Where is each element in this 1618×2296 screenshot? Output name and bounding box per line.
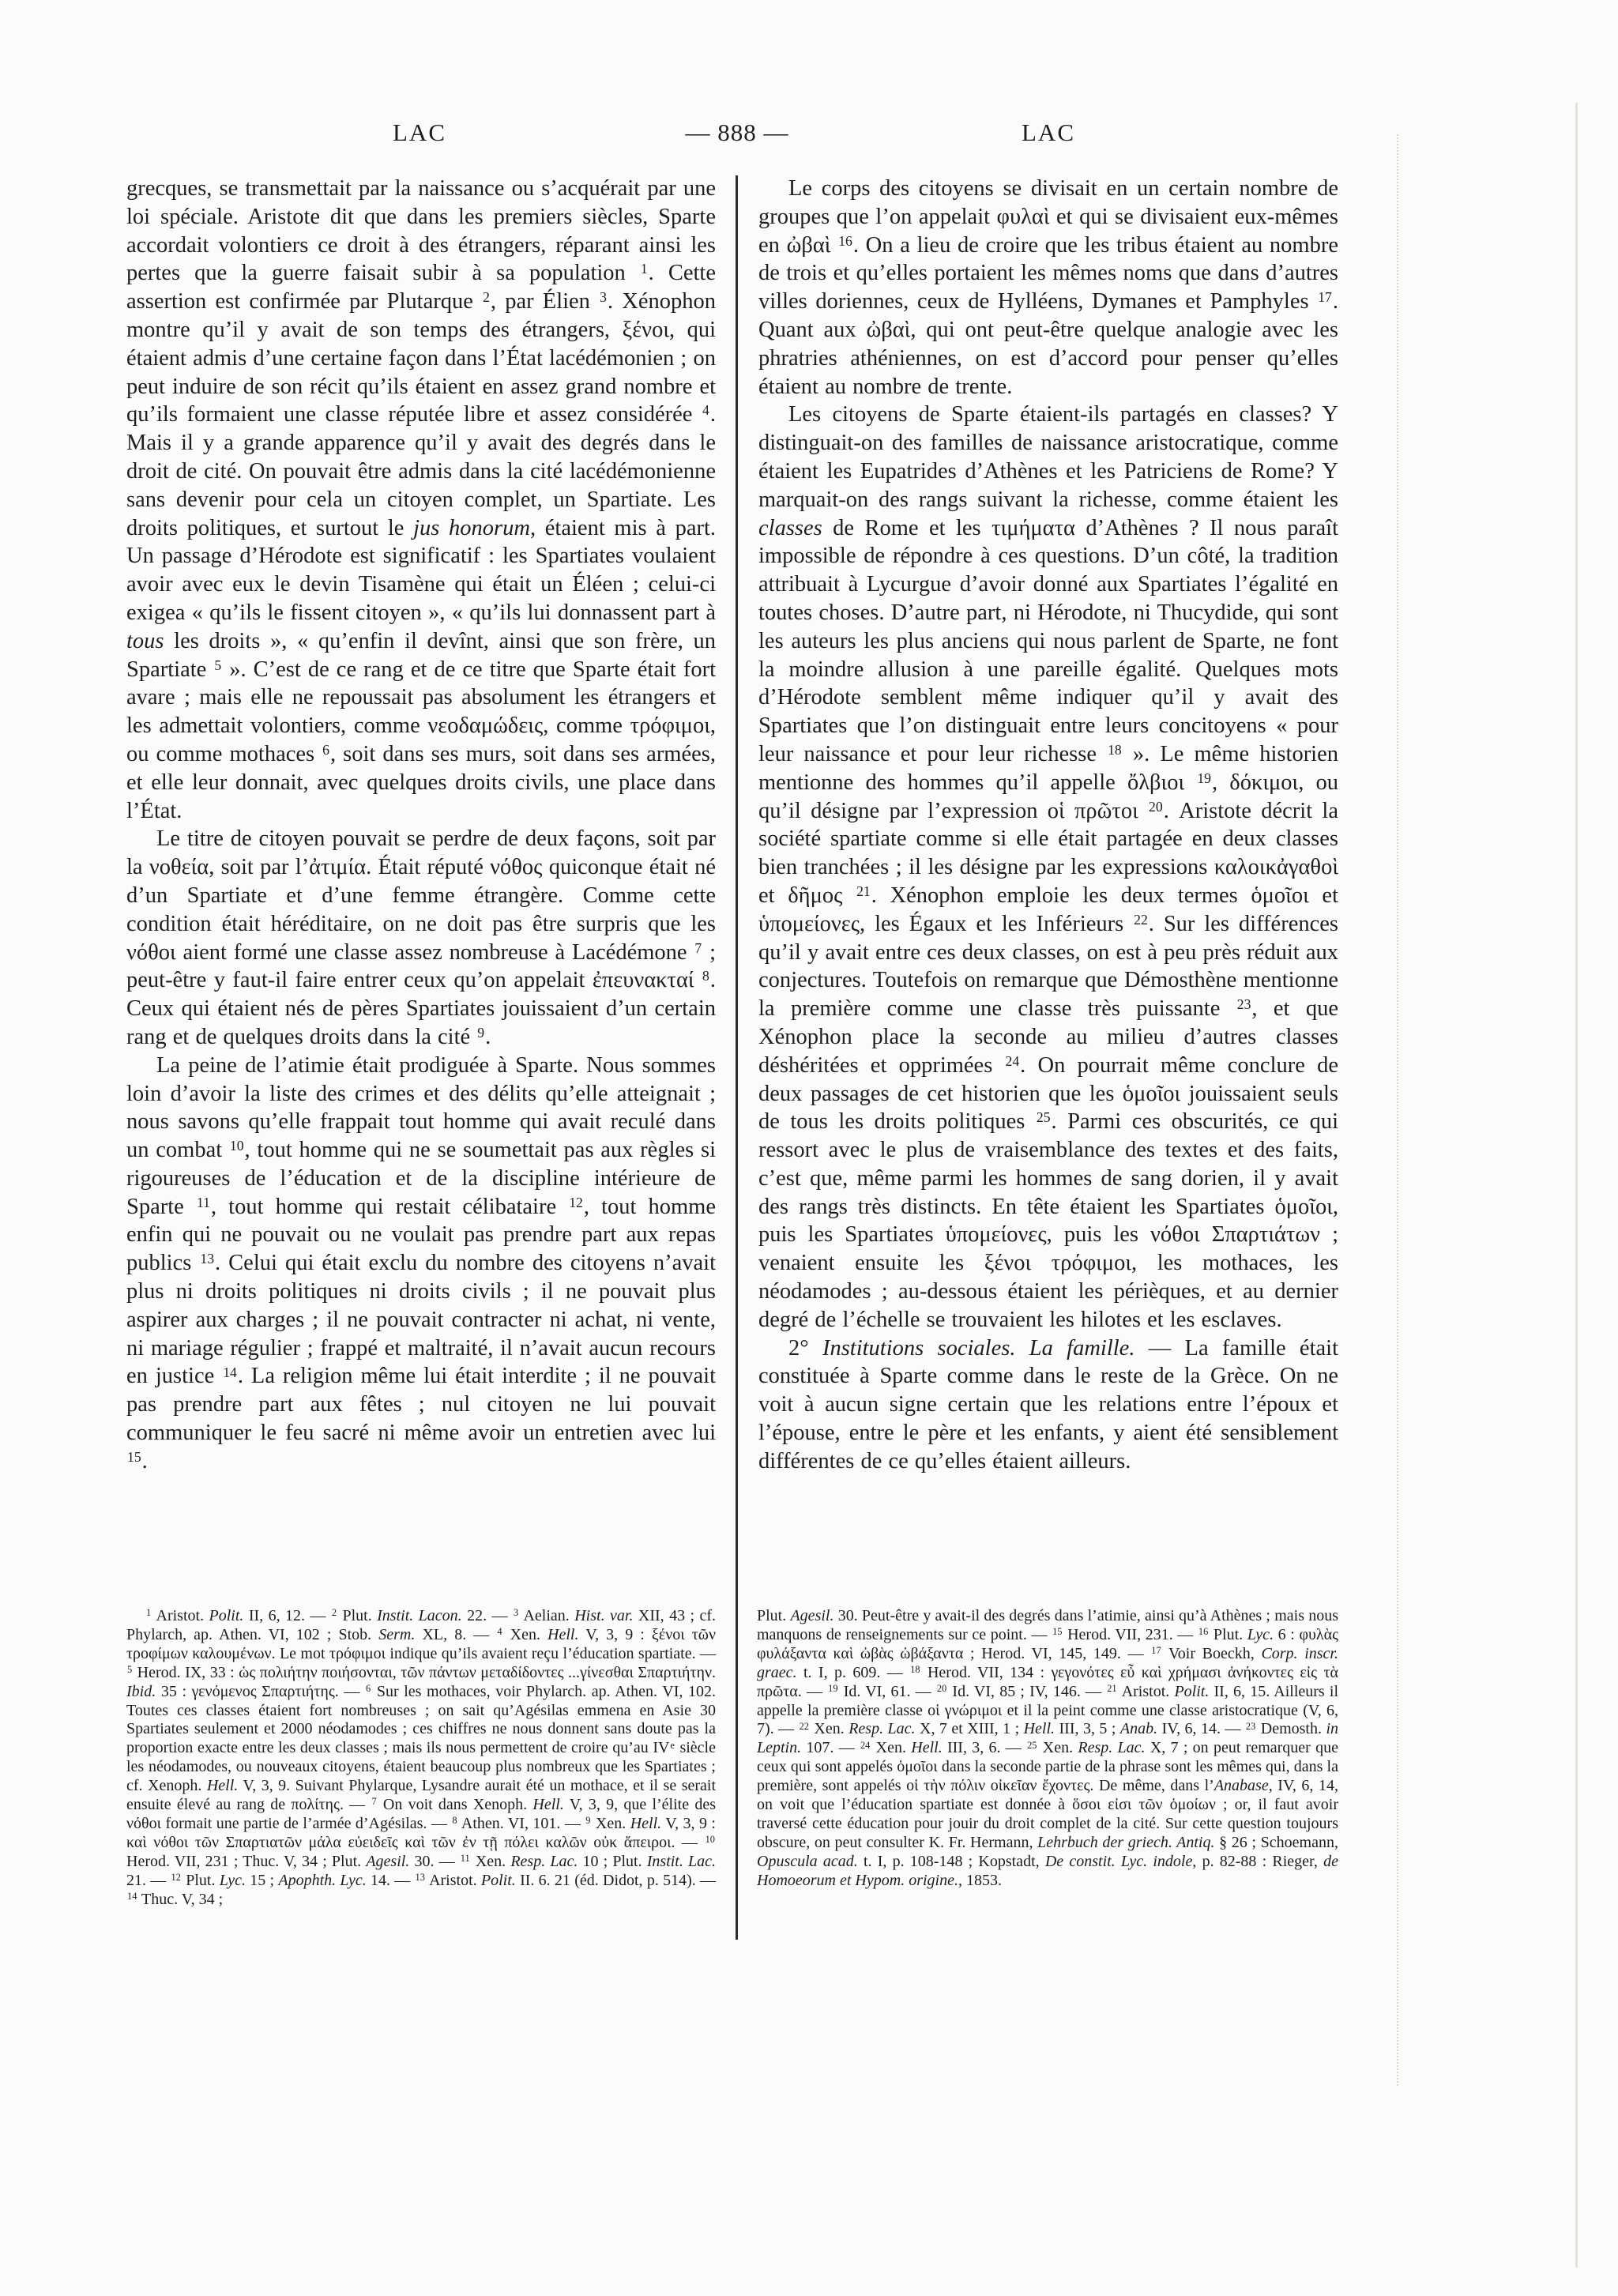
page-fold-line (1397, 134, 1398, 2086)
paragraph: grecques, se transmettait par la naissan… (126, 175, 716, 825)
paragraph: Les citoyens de Sparte étaient-ils parta… (758, 401, 1338, 1334)
paragraph: La peine de l’atimie était prodiguée à S… (126, 1052, 716, 1476)
page-number: — 888 — (686, 119, 789, 147)
footnote-block: Plut. Agesil. 30. Peut-être y avait-il d… (757, 1607, 1338, 1891)
paragraph: 2° Institutions sociales. La famille. — … (758, 1334, 1338, 1476)
left-column-body: grecques, se transmettait par la naissan… (126, 175, 716, 1476)
left-column-footnotes: 1 Aristot. Polit. II, 6, 12. — 2 Plut. I… (126, 1607, 716, 1910)
running-title-left: LAC (393, 119, 446, 147)
running-title-right: LAC (1022, 119, 1075, 147)
right-column-body: Le corps des citoyens se divisait en un … (758, 175, 1338, 1476)
paragraph: Le corps des citoyens se divisait en un … (758, 175, 1338, 401)
paragraph: Le titre de citoyen pouvait se perdre de… (126, 825, 716, 1051)
scanned-dictionary-page: LAC — 888 — LAC grecques, se transmettai… (0, 0, 1618, 2296)
scan-edge-line (1575, 103, 1578, 2268)
right-column-footnotes: Plut. Agesil. 30. Peut-être y avait-il d… (757, 1607, 1338, 1891)
column-divider-rule (736, 175, 738, 1940)
footnote-block: 1 Aristot. Polit. II, 6, 12. — 2 Plut. I… (126, 1607, 716, 1910)
